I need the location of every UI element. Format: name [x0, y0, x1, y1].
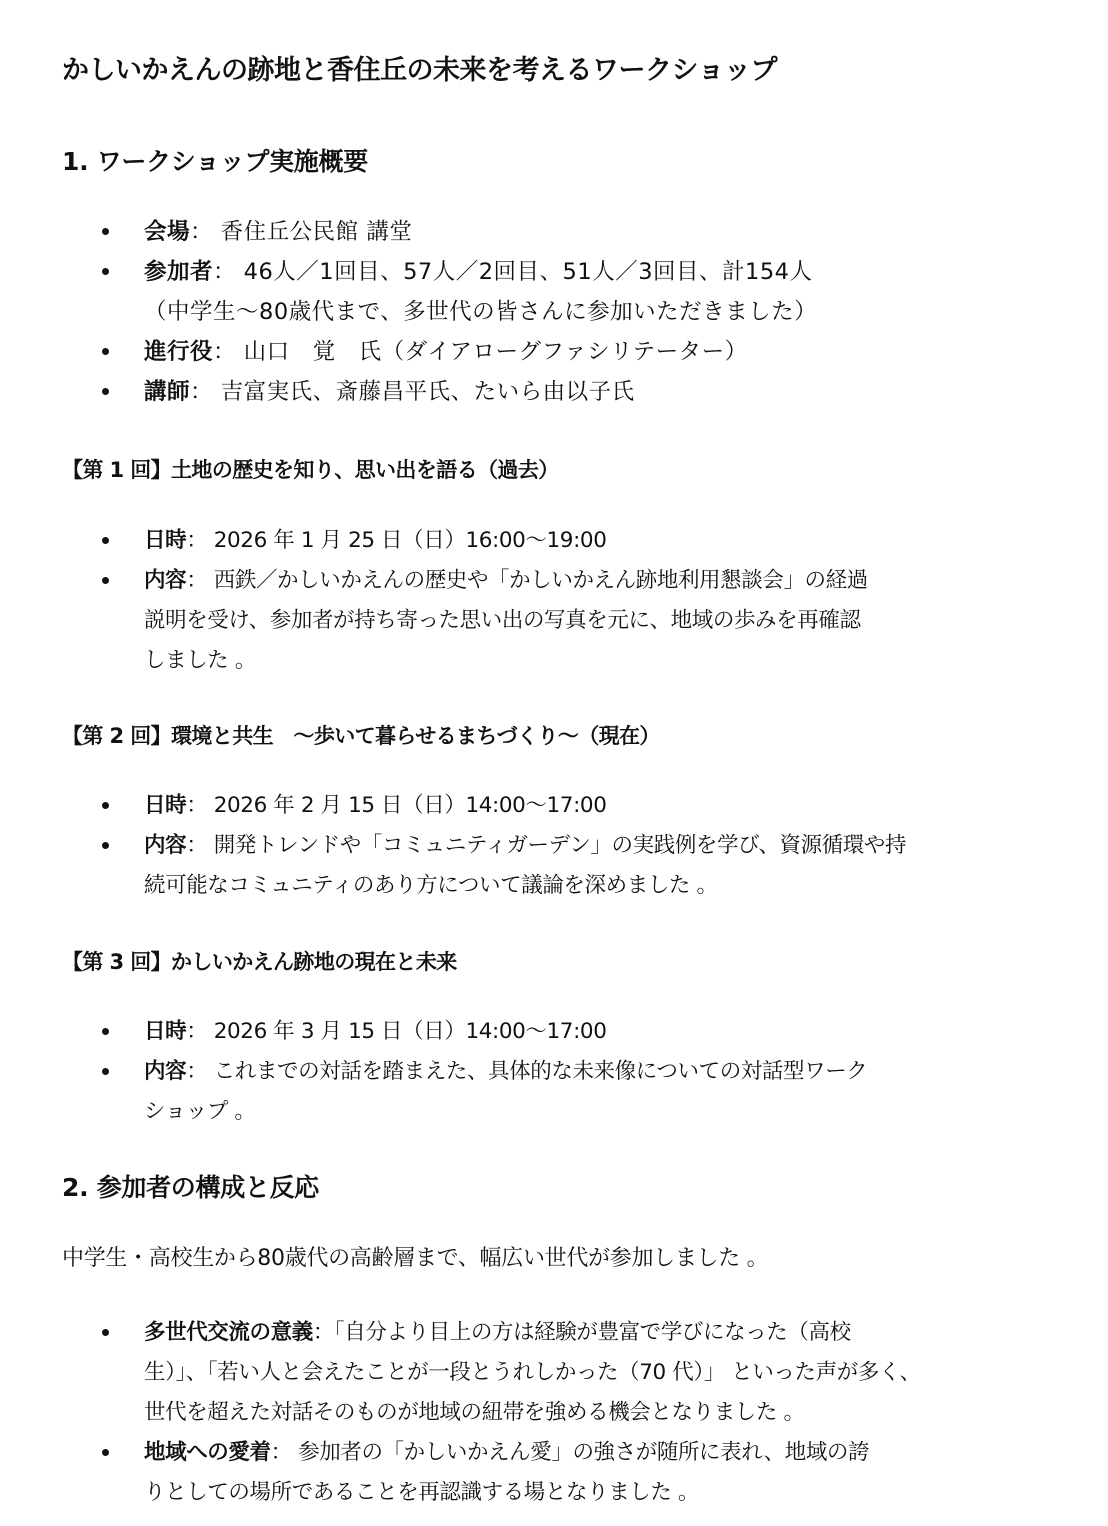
document-page: かしいかえんの跡地と香住丘の未来を考えるワークショップ 1. ワークショップ実施… — [0, 0, 1108, 1526]
session-3-heading: 【第 3 回】かしいかえん跡地の現在と未来 — [62, 946, 457, 976]
list-item-lecturers: 講師： 吉富実氏、斎藤昌平氏、たいら由以子氏 — [0, 372, 1024, 412]
bullet-icon — [102, 1449, 109, 1456]
bullet-icon — [102, 802, 109, 809]
bullet-icon — [102, 537, 109, 544]
item-label: 内容 — [144, 1059, 186, 1084]
section-heading-overview: 1. ワークショップ実施概要 — [62, 142, 368, 178]
bullet-icon — [102, 1068, 109, 1075]
bullet-icon — [102, 388, 109, 395]
section-heading-participants: 2. 参加者の構成と反応 — [62, 1168, 319, 1204]
bullet-icon — [102, 228, 109, 235]
item-label: 会場 — [144, 219, 190, 245]
item-label: 多世代交流の意義 — [144, 1320, 313, 1345]
item-label: 日時 — [144, 528, 186, 553]
item-text: しました 。 — [144, 641, 1024, 681]
bullet-icon — [102, 268, 109, 275]
item-text: ： 2026 年 3 月 15 日（日）14:00～17:00 — [186, 1019, 606, 1044]
item-text: りとしての場所であることを再認識する場となりました 。 — [144, 1473, 1024, 1513]
session-1-heading: 【第 1 回】土地の歴史を知り、思い出を語る（過去） — [62, 454, 559, 484]
bullet-icon — [102, 348, 109, 355]
document-title: かしいかえんの跡地と香住丘の未来を考えるワークショップ — [62, 48, 777, 87]
item-text: 生）」、「若い人と会えたことが一段とうれしかった（70 代）」 といった声が多く… — [144, 1353, 1024, 1393]
item-label: 進行役 — [144, 339, 213, 365]
item-text: ： 46人／1回目、57人／2回目、51人／3回目、計154人 — [213, 259, 812, 285]
item-label: 内容 — [144, 568, 186, 593]
item-label: 講師 — [144, 379, 190, 405]
item-text: （中学生～80歳代まで、多世代の皆さんに参加いただきました） — [144, 292, 1024, 332]
item-label: 参加者 — [144, 259, 213, 285]
item-text: ： 参加者の「かしいかえん愛」の強さが随所に表れ、地域の誇 — [271, 1440, 870, 1465]
item-text: ショップ 。 — [144, 1092, 1024, 1132]
list-item-content: 内容： 開発トレンドや「コミュニティガーデン」の実践例を学び、資源循環や持 続可… — [0, 826, 1024, 906]
item-label: 日時 — [144, 1019, 186, 1044]
session-1-list: 日時： 2026 年 1 月 25 日（日）16:00～19:00 内容： 西鉄… — [0, 521, 1108, 681]
item-text: 続可能なコミュニティのあり方について議論を深めました 。 — [144, 866, 1024, 906]
item-text: 世代を超えた対話そのものが地域の紐帯を強める機会となりました 。 — [144, 1393, 1024, 1433]
session-2-list: 日時： 2026 年 2 月 15 日（日）14:00～17:00 内容： 開発… — [0, 786, 1108, 906]
item-text: 説明を受け、参加者が持ち寄った思い出の写真を元に、地域の歩みを再確認 — [144, 601, 1024, 641]
list-item-intergenerational: 多世代交流の意義：「自分より目上の方は経験が豊富で学びになった（高校 生）」、「… — [0, 1313, 1024, 1433]
item-label: 日時 — [144, 793, 186, 818]
bullet-icon — [102, 842, 109, 849]
item-text: ： 2026 年 2 月 15 日（日）14:00～17:00 — [186, 793, 606, 818]
bullet-icon — [102, 577, 109, 584]
list-item-facilitator: 進行役： 山口 覚 氏（ダイアローグファシリテーター） — [0, 332, 1024, 372]
item-label: 地域への愛着 — [144, 1440, 271, 1465]
session-3-list: 日時： 2026 年 3 月 15 日（日）14:00～17:00 内容： これ… — [0, 1012, 1108, 1132]
overview-list: 会場： 香住丘公民館 講堂 参加者： 46人／1回目、57人／2回目、51人／3… — [0, 212, 1108, 412]
list-item-attachment: 地域への愛着： 参加者の「かしいかえん愛」の強さが随所に表れ、地域の誇 りとして… — [0, 1433, 1024, 1513]
bullet-icon — [102, 1028, 109, 1035]
reactions-list: 多世代交流の意義：「自分より目上の方は経験が豊富で学びになった（高校 生）」、「… — [0, 1313, 1108, 1513]
list-item-content: 内容： これまでの対話を踏まえた、具体的な未来像についての対話型ワーク ショップ… — [0, 1052, 1024, 1132]
item-text: ： 西鉄／かしいかえんの歴史や「かしいかえん跡地利用懇談会」の経過 — [186, 568, 868, 593]
item-text: ： 香住丘公民館 講堂 — [190, 219, 412, 245]
item-text: ： 吉富実氏、斎藤昌平氏、たいら由以子氏 — [190, 379, 635, 405]
list-item-datetime: 日時： 2026 年 1 月 25 日（日）16:00～19:00 — [0, 521, 1024, 561]
item-text: ： 2026 年 1 月 25 日（日）16:00～19:00 — [186, 528, 606, 553]
item-text: ： 開発トレンドや「コミュニティガーデン」の実践例を学び、資源循環や持 — [186, 833, 906, 858]
list-item-datetime: 日時： 2026 年 2 月 15 日（日）14:00～17:00 — [0, 786, 1024, 826]
item-text: ： これまでの対話を踏まえた、具体的な未来像についての対話型ワーク — [186, 1059, 867, 1084]
session-2-heading: 【第 2 回】環境と共生 ～歩いて暮らせるまちづくり～（現在） — [62, 720, 660, 750]
item-text: ： 山口 覚 氏（ダイアローグファシリテーター） — [213, 339, 748, 365]
list-item-venue: 会場： 香住丘公民館 講堂 — [0, 212, 1024, 252]
list-item-datetime: 日時： 2026 年 3 月 15 日（日）14:00～17:00 — [0, 1012, 1024, 1052]
list-item-participants: 参加者： 46人／1回目、57人／2回目、51人／3回目、計154人 （中学生～… — [0, 252, 1024, 332]
section-2-intro: 中学生・高校生から80歳代の高齢層まで、幅広い世代が参加しました 。 — [62, 1241, 768, 1272]
item-label: 内容 — [144, 833, 186, 858]
item-text: ：「自分より目上の方は経験が豊富で学びになった（高校 — [313, 1320, 851, 1345]
bullet-icon — [102, 1329, 109, 1336]
list-item-content: 内容： 西鉄／かしいかえんの歴史や「かしいかえん跡地利用懇談会」の経過 説明を受… — [0, 561, 1024, 681]
